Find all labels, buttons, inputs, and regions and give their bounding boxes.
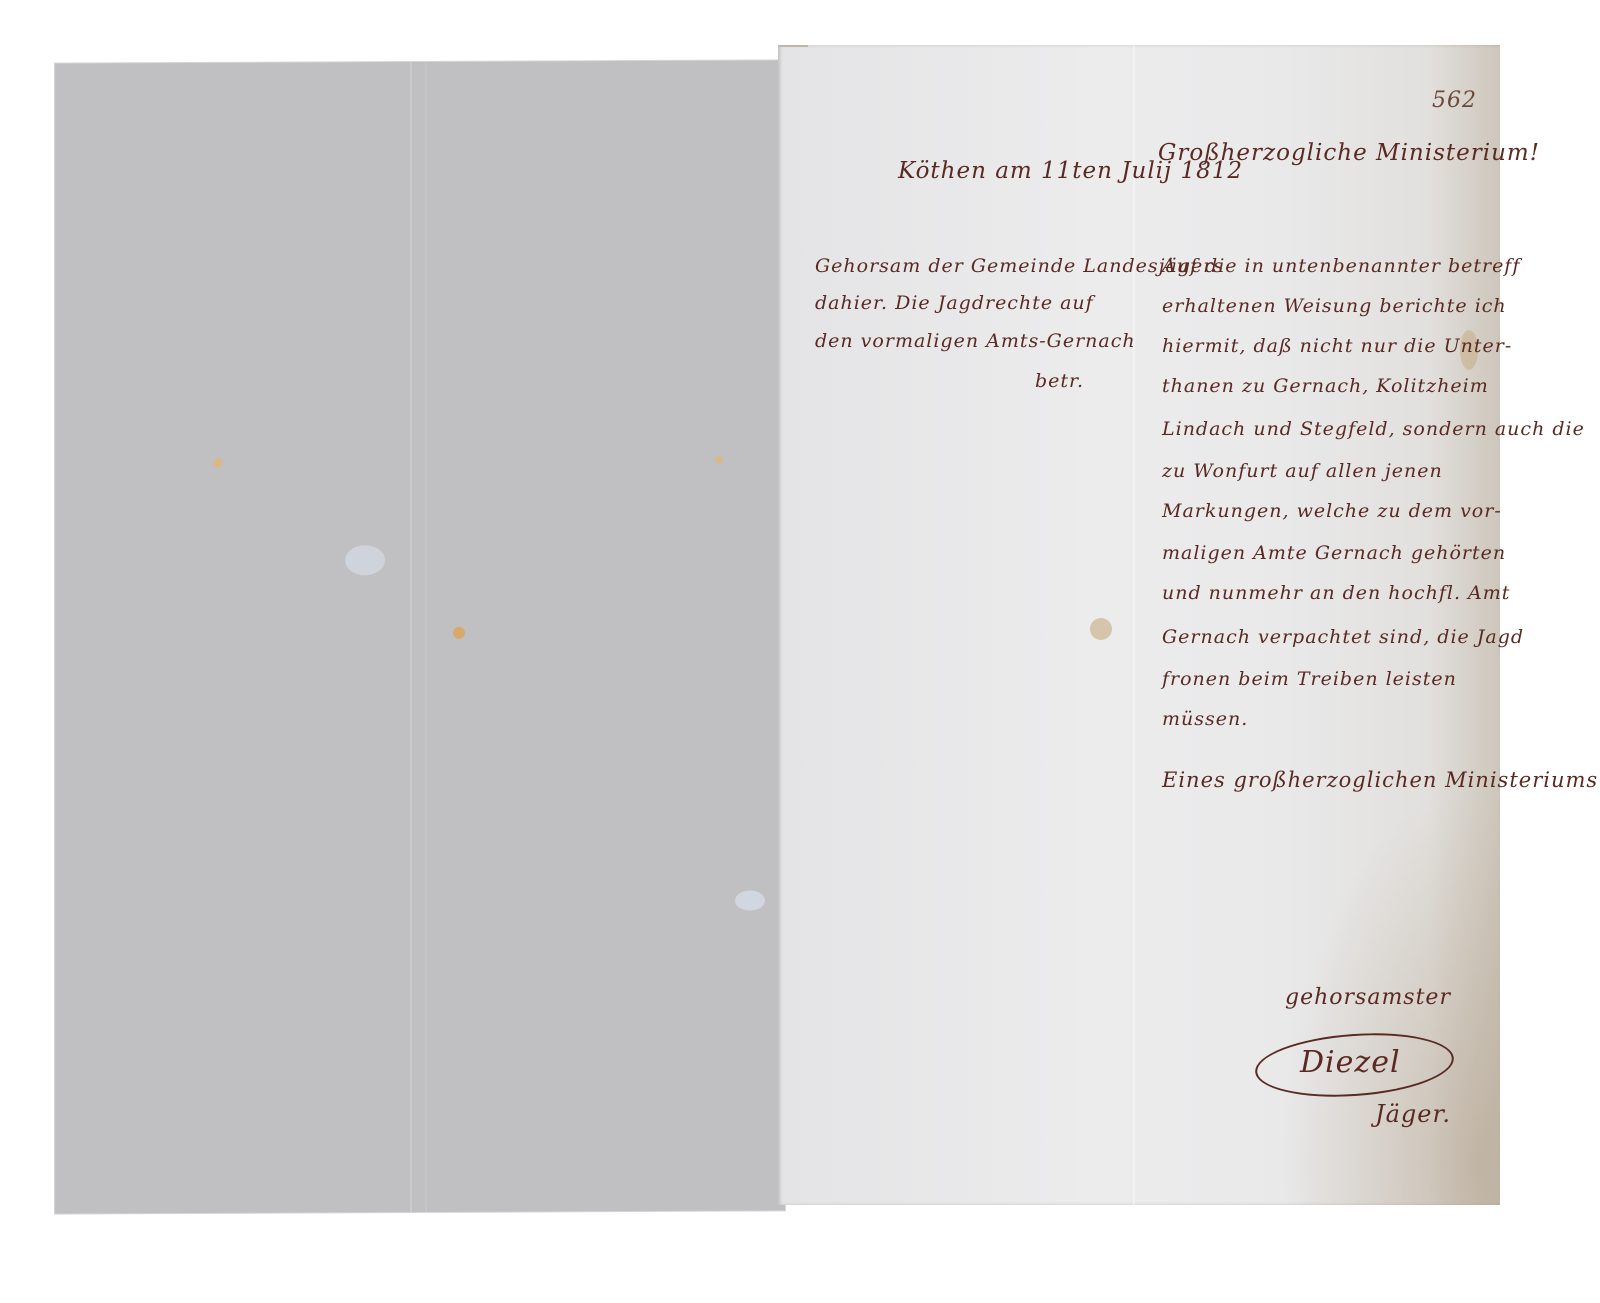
foxing-spot: [735, 890, 765, 910]
signature-title: Jäger.: [1375, 1100, 1451, 1128]
signature-prefix: gehorsamster: [1285, 985, 1451, 1010]
body-line: Gernach verpachtet sind, die Jagd: [1162, 626, 1524, 648]
signature-name: Diezel: [1300, 1045, 1401, 1080]
paper-fold: [1133, 45, 1135, 1205]
foxing-spot: [453, 627, 465, 639]
foxing-spot: [213, 458, 223, 468]
body-line: müssen.: [1162, 708, 1248, 730]
body-line: und nunmehr an den hochfl. Amt: [1162, 582, 1510, 604]
body-line: zu Wonfurt auf allen jenen: [1162, 460, 1443, 482]
foxing-spot: [715, 456, 723, 464]
left-blank-page: [55, 60, 785, 1213]
body-line: maligen Amte Gernach gehörten: [1162, 542, 1506, 564]
subject-line: dahier. Die Jagdrechte auf: [815, 292, 1094, 314]
body-line: thanen zu Gernach, Kolitzheim: [1162, 375, 1489, 397]
body-line: Markungen, welche zu dem vor-: [1162, 500, 1502, 522]
subject-line: betr.: [1035, 370, 1084, 392]
body-line: Auf die in untenbenannter betreff: [1162, 255, 1520, 277]
body-line: erhaltenen Weisung berichte ich: [1162, 295, 1507, 317]
ink-stain: [1090, 618, 1112, 640]
page-number: 562: [1432, 88, 1477, 113]
body-line: hiermit, daß nicht nur die Unter-: [1162, 335, 1512, 357]
salutation: Großherzogliche Ministerium!: [1158, 140, 1540, 166]
paper-crease: [410, 62, 412, 1212]
body-line: fronen beim Treiben leisten: [1162, 668, 1457, 690]
subject-line: den vormaligen Amts-Gernach: [815, 330, 1136, 352]
right-written-page: [778, 45, 1500, 1205]
closing-line: Eines großherzoglichen Ministeriums: [1162, 768, 1598, 792]
paper-crease: [425, 62, 427, 1212]
body-line: Lindach und Stegfeld, sondern auch die: [1162, 418, 1585, 440]
foxing-spot: [345, 545, 385, 575]
torn-corner: [778, 45, 808, 67]
